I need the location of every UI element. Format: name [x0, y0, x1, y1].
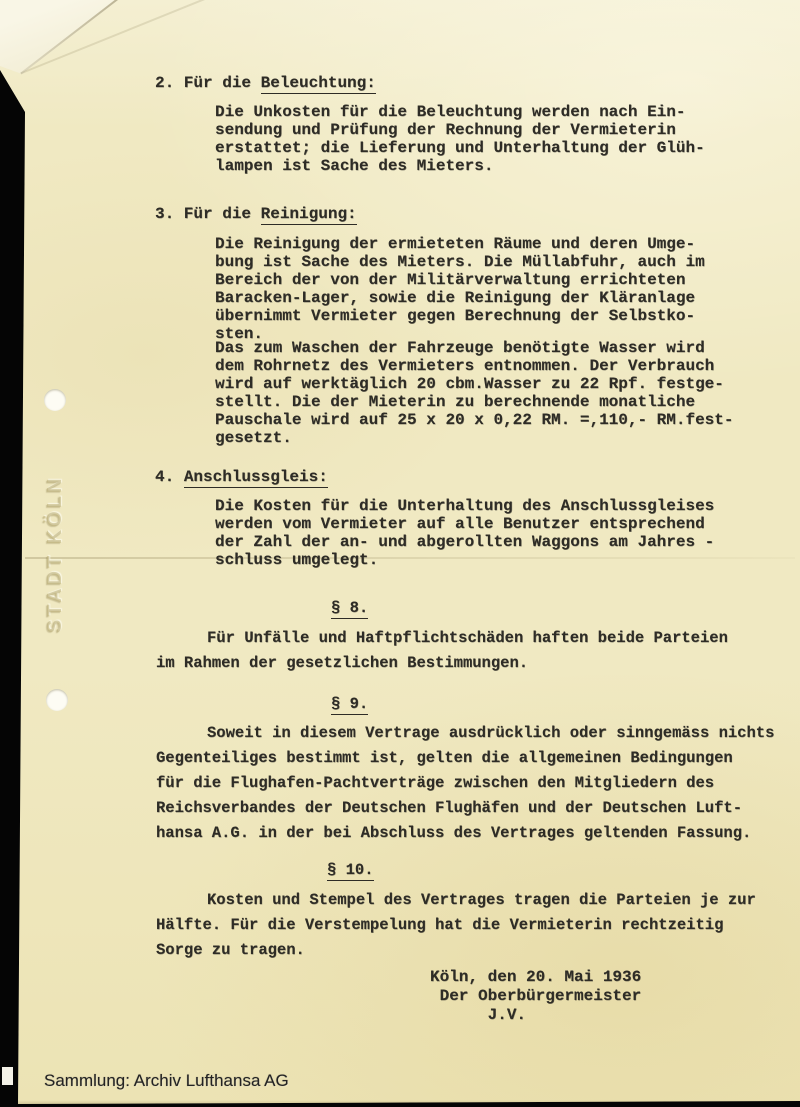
edge-white-mark	[2, 1067, 13, 1085]
stadt-koeln-embossed-stamp: STADT KÖLN	[44, 468, 74, 633]
section-4-body: Die Kosten für die Unterhaltung des Ansc…	[215, 497, 714, 569]
paragraph-9-heading: § 9.	[331, 692, 368, 717]
section-2-body: Die Unkosten für die Beleuchtung werden …	[215, 103, 705, 175]
paragraph-8-heading: § 8.	[331, 596, 368, 621]
section-3-title-underlined: Reinigung:	[261, 205, 357, 225]
section-3-number: 3. Für die	[155, 205, 261, 223]
section-4-heading: 4. Anschlussgleis:	[155, 468, 328, 486]
paragraph-8-number: § 8.	[331, 599, 368, 619]
hole-punch-bottom	[46, 689, 68, 711]
section-4-number: 4.	[155, 468, 184, 486]
archive-collection-caption: Sammlung: Archiv Lufthansa AG	[44, 1071, 289, 1091]
paragraph-10-body: Kosten und Stempel des Vertrages tragen …	[156, 888, 756, 963]
scanned-document-background: STADT KÖLN 2. Für die Beleuchtung: Die U…	[0, 0, 800, 1107]
section-2-number: 2. Für die	[155, 74, 261, 92]
section-3-heading: 3. Für die Reinigung:	[155, 205, 357, 223]
section-3-body-paragraph-1: Die Reinigung der ermieteten Räume und d…	[215, 235, 705, 343]
paragraph-9-body: Soweit in diesem Vertrage ausdrücklich o…	[156, 721, 774, 846]
section-2-heading: 2. Für die Beleuchtung:	[155, 74, 376, 92]
paragraph-9-number: § 9.	[331, 695, 368, 715]
signature-block: Köln, den 20. Mai 1936 Der Oberbürgermei…	[430, 968, 641, 1025]
section-3-body-paragraph-2: Das zum Waschen der Fahrzeuge benötigte …	[215, 339, 733, 447]
section-2-title-underlined: Beleuchtung:	[261, 74, 376, 94]
paragraph-8-body: Für Unfälle und Haftpflichtschäden hafte…	[156, 626, 728, 676]
paragraph-10-heading: § 10.	[327, 858, 374, 883]
paragraph-10-number: § 10.	[327, 861, 374, 881]
section-4-title-underlined: Anschlussgleis:	[184, 468, 328, 488]
hole-punch-top	[44, 389, 66, 411]
document-page: STADT KÖLN 2. Für die Beleuchtung: Die U…	[0, 0, 800, 1107]
